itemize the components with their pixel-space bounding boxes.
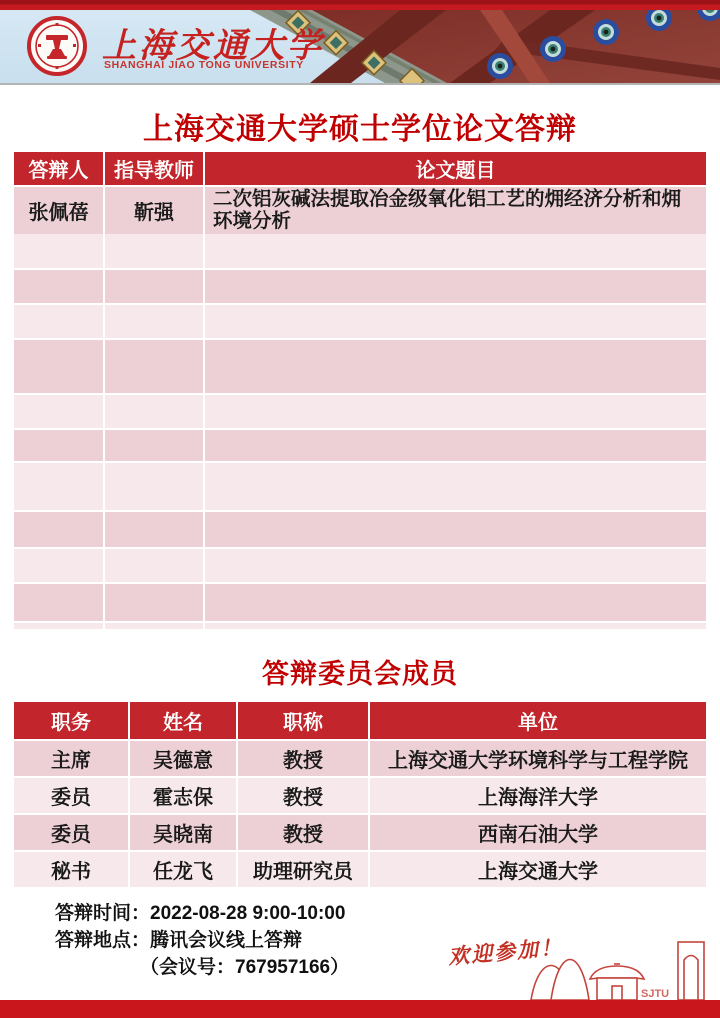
- defender-name: 张佩蓓: [14, 187, 103, 235]
- col-header-name: 姓名: [130, 702, 236, 739]
- sjtu-mark-label: SJTU: [641, 988, 669, 1000]
- defense-table-empty-row: [14, 270, 706, 303]
- committee-table: 职务 姓名 职称 单位 主席 吴德意 教授 上海交通大学环境科学与工程学院 委员…: [14, 702, 706, 887]
- committee-header-row: 职务 姓名 职称 单位: [14, 702, 706, 739]
- col-header-affiliation: 单位: [370, 702, 706, 739]
- committee-section-title: 答辩委员会成员: [0, 652, 720, 691]
- defense-table-empty-row: [14, 584, 706, 621]
- defense-table: 答辩人 指导教师 论文题目 张佩蓓 靳强 二次铝灰碱法提取冶金级氧化铝工艺的㶲经…: [14, 152, 706, 629]
- member-name: 霍志保: [130, 778, 236, 813]
- col-header-title: 职称: [238, 702, 368, 739]
- committee-row: 秘书 任龙飞 助理研究员 上海交通大学: [14, 852, 706, 887]
- member-name: 任龙飞: [130, 852, 236, 887]
- defense-table-row: 张佩蓓 靳强 二次铝灰碱法提取冶金级氧化铝工艺的㶲经济分析和㶲环境分析: [14, 187, 706, 232]
- page-title: 上海交通大学硕士学位论文答辩: [0, 104, 720, 148]
- defense-time-line: 答辩时间：2022-08-28 9:00-10:00: [55, 900, 349, 927]
- committee-row: 委员 霍志保 教授 上海海洋大学: [14, 778, 706, 813]
- advisor-name: 靳强: [105, 187, 203, 235]
- member-name: 吴晓南: [130, 815, 236, 850]
- defense-table-empty-row: [14, 305, 706, 338]
- member-affiliation: 上海交通大学: [370, 852, 706, 887]
- member-role: 主席: [14, 741, 128, 776]
- defense-table-header-row: 答辩人 指导教师 论文题目: [14, 152, 706, 185]
- defense-table-empty-row: [14, 463, 706, 510]
- committee-row: 委员 吴晓南 教授 西南石油大学: [14, 815, 706, 850]
- defense-table-empty-row: [14, 549, 706, 582]
- member-title: 教授: [238, 815, 368, 850]
- member-name: 吴德意: [130, 741, 236, 776]
- sjtu-landmarks-drawing: SJTU: [528, 938, 708, 1000]
- member-affiliation: 上海海洋大学: [370, 778, 706, 813]
- university-banner: 上海交通大学 SHANGHAI JIAO TONG UNIVERSITY: [0, 10, 720, 85]
- meeting-id-line: （会议号：767957166）: [55, 954, 349, 981]
- member-title: 教授: [238, 741, 368, 776]
- member-title: 助理研究员: [238, 852, 368, 887]
- member-role: 委员: [14, 778, 128, 813]
- member-role: 秘书: [14, 852, 128, 887]
- col-header-thesis-title: 论文题目: [205, 152, 706, 185]
- defense-table-empty-row: [14, 430, 706, 461]
- committee-row: 主席 吴德意 教授 上海交通大学环境科学与工程学院: [14, 741, 706, 776]
- defense-table-bottom-strip: [14, 623, 706, 629]
- member-title: 教授: [238, 778, 368, 813]
- member-role: 委员: [14, 815, 128, 850]
- defense-info-block: 答辩时间：2022-08-28 9:00-10:00 答辩地点：腾讯会议线上答辩…: [55, 900, 349, 981]
- sjtu-logo: [26, 15, 88, 77]
- member-affiliation: 西南石油大学: [370, 815, 706, 850]
- defense-table-empty-row: [14, 234, 706, 268]
- col-header-role: 职务: [14, 702, 128, 739]
- col-header-defender: 答辩人: [14, 152, 103, 185]
- university-name-en: SHANGHAI JIAO TONG UNIVERSITY: [104, 59, 304, 71]
- defense-table-empty-row: [14, 340, 706, 393]
- top-red-bar: [0, 0, 720, 10]
- defense-table-empty-row: [14, 512, 706, 547]
- col-header-advisor: 指导教师: [105, 152, 203, 185]
- defense-place-line: 答辩地点：腾讯会议线上答辩: [55, 927, 349, 954]
- bottom-red-bar: [0, 1000, 720, 1018]
- member-affiliation: 上海交通大学环境科学与工程学院: [370, 741, 706, 776]
- thesis-title: 二次铝灰碱法提取冶金级氧化铝工艺的㶲经济分析和㶲环境分析: [205, 187, 706, 235]
- defense-announcement-page: 上海交通大学 SHANGHAI JIAO TONG UNIVERSITY 上海交…: [0, 0, 720, 1018]
- defense-table-empty-row: [14, 395, 706, 428]
